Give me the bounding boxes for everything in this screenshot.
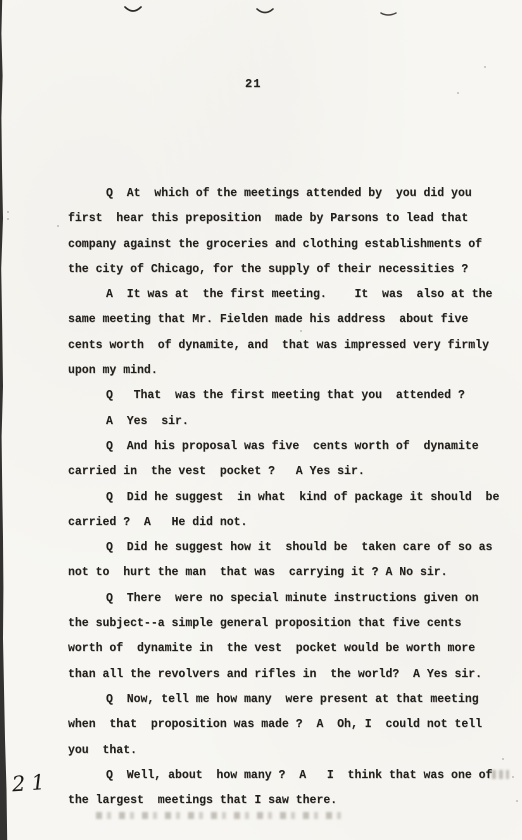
- scanned-document-page: 21 Q At which of the meetings attended b…: [0, 0, 522, 840]
- transcript-line: Q Well, about how many ? A I think that …: [68, 763, 516, 788]
- ink-speckle: [57, 225, 59, 227]
- transcript-line: A Yes sir.: [68, 409, 516, 434]
- faded-illegible-text-smudge: [96, 812, 346, 819]
- faint-ink-smudge: [492, 770, 509, 779]
- ink-speckle: [502, 758, 504, 760]
- transcript-line: you that.: [68, 738, 516, 763]
- transcript-line: Q There were no special minute instructi…: [68, 586, 516, 611]
- transcript-line: Q Now, tell me how many were present at …: [68, 687, 516, 712]
- transcript-line: not to hurt the man that was carrying it…: [68, 560, 516, 585]
- scan-edge-artifact: [0, 0, 8, 840]
- transcript-line: Q Did he suggest how it should be taken …: [68, 535, 516, 560]
- transcript-line: A It was at the first meeting. It was al…: [68, 282, 516, 307]
- transcript-line: the largest meetings that I saw there.: [68, 788, 516, 813]
- handwritten-check-mark-icon: [256, 6, 274, 18]
- typed-page-number: 21: [245, 77, 261, 91]
- transcript-line: carried ? A He did not.: [68, 510, 516, 535]
- transcript-text-block: Q At which of the meetings attended by y…: [68, 181, 516, 813]
- transcript-line: the subject--a simple general propositio…: [68, 611, 516, 636]
- handwritten-check-mark-icon: [124, 4, 142, 16]
- transcript-line: worth of dynamite in the vest pocket wou…: [68, 636, 516, 661]
- handwritten-page-number: 21: [11, 770, 51, 797]
- ink-speckle: [7, 218, 9, 220]
- transcript-line: than all the revolvers and rifles in the…: [68, 662, 516, 687]
- ink-speckle: [516, 800, 518, 802]
- transcript-line: same meeting that Mr. Fielden made his a…: [68, 307, 516, 332]
- ink-speckle: [7, 211, 9, 213]
- ink-speckle: [484, 66, 486, 68]
- transcript-line: upon my mind.: [68, 358, 516, 383]
- transcript-line: cents worth of dynamite, and that was im…: [68, 333, 516, 358]
- transcript-line: carried in the vest pocket ? A Yes sir.: [68, 459, 516, 484]
- ink-speckle: [512, 776, 514, 778]
- transcript-line: Q At which of the meetings attended by y…: [68, 181, 516, 206]
- transcript-line: when that proposition was made ? A Oh, I…: [68, 712, 516, 737]
- handwritten-check-mark-icon: [380, 9, 397, 19]
- ink-speckle: [300, 330, 302, 332]
- transcript-line: company against the groceries and clothi…: [68, 232, 516, 257]
- transcript-line: Q And his proposal was five cents worth …: [68, 434, 516, 459]
- transcript-line: Q That was the first meeting that you at…: [68, 383, 516, 408]
- transcript-line: first hear this preposition made by Pars…: [68, 206, 516, 231]
- ink-speckle: [457, 92, 459, 94]
- transcript-line: the city of Chicago, for the supply of t…: [68, 257, 516, 282]
- transcript-line: Q Did he suggest in what kind of package…: [68, 485, 516, 510]
